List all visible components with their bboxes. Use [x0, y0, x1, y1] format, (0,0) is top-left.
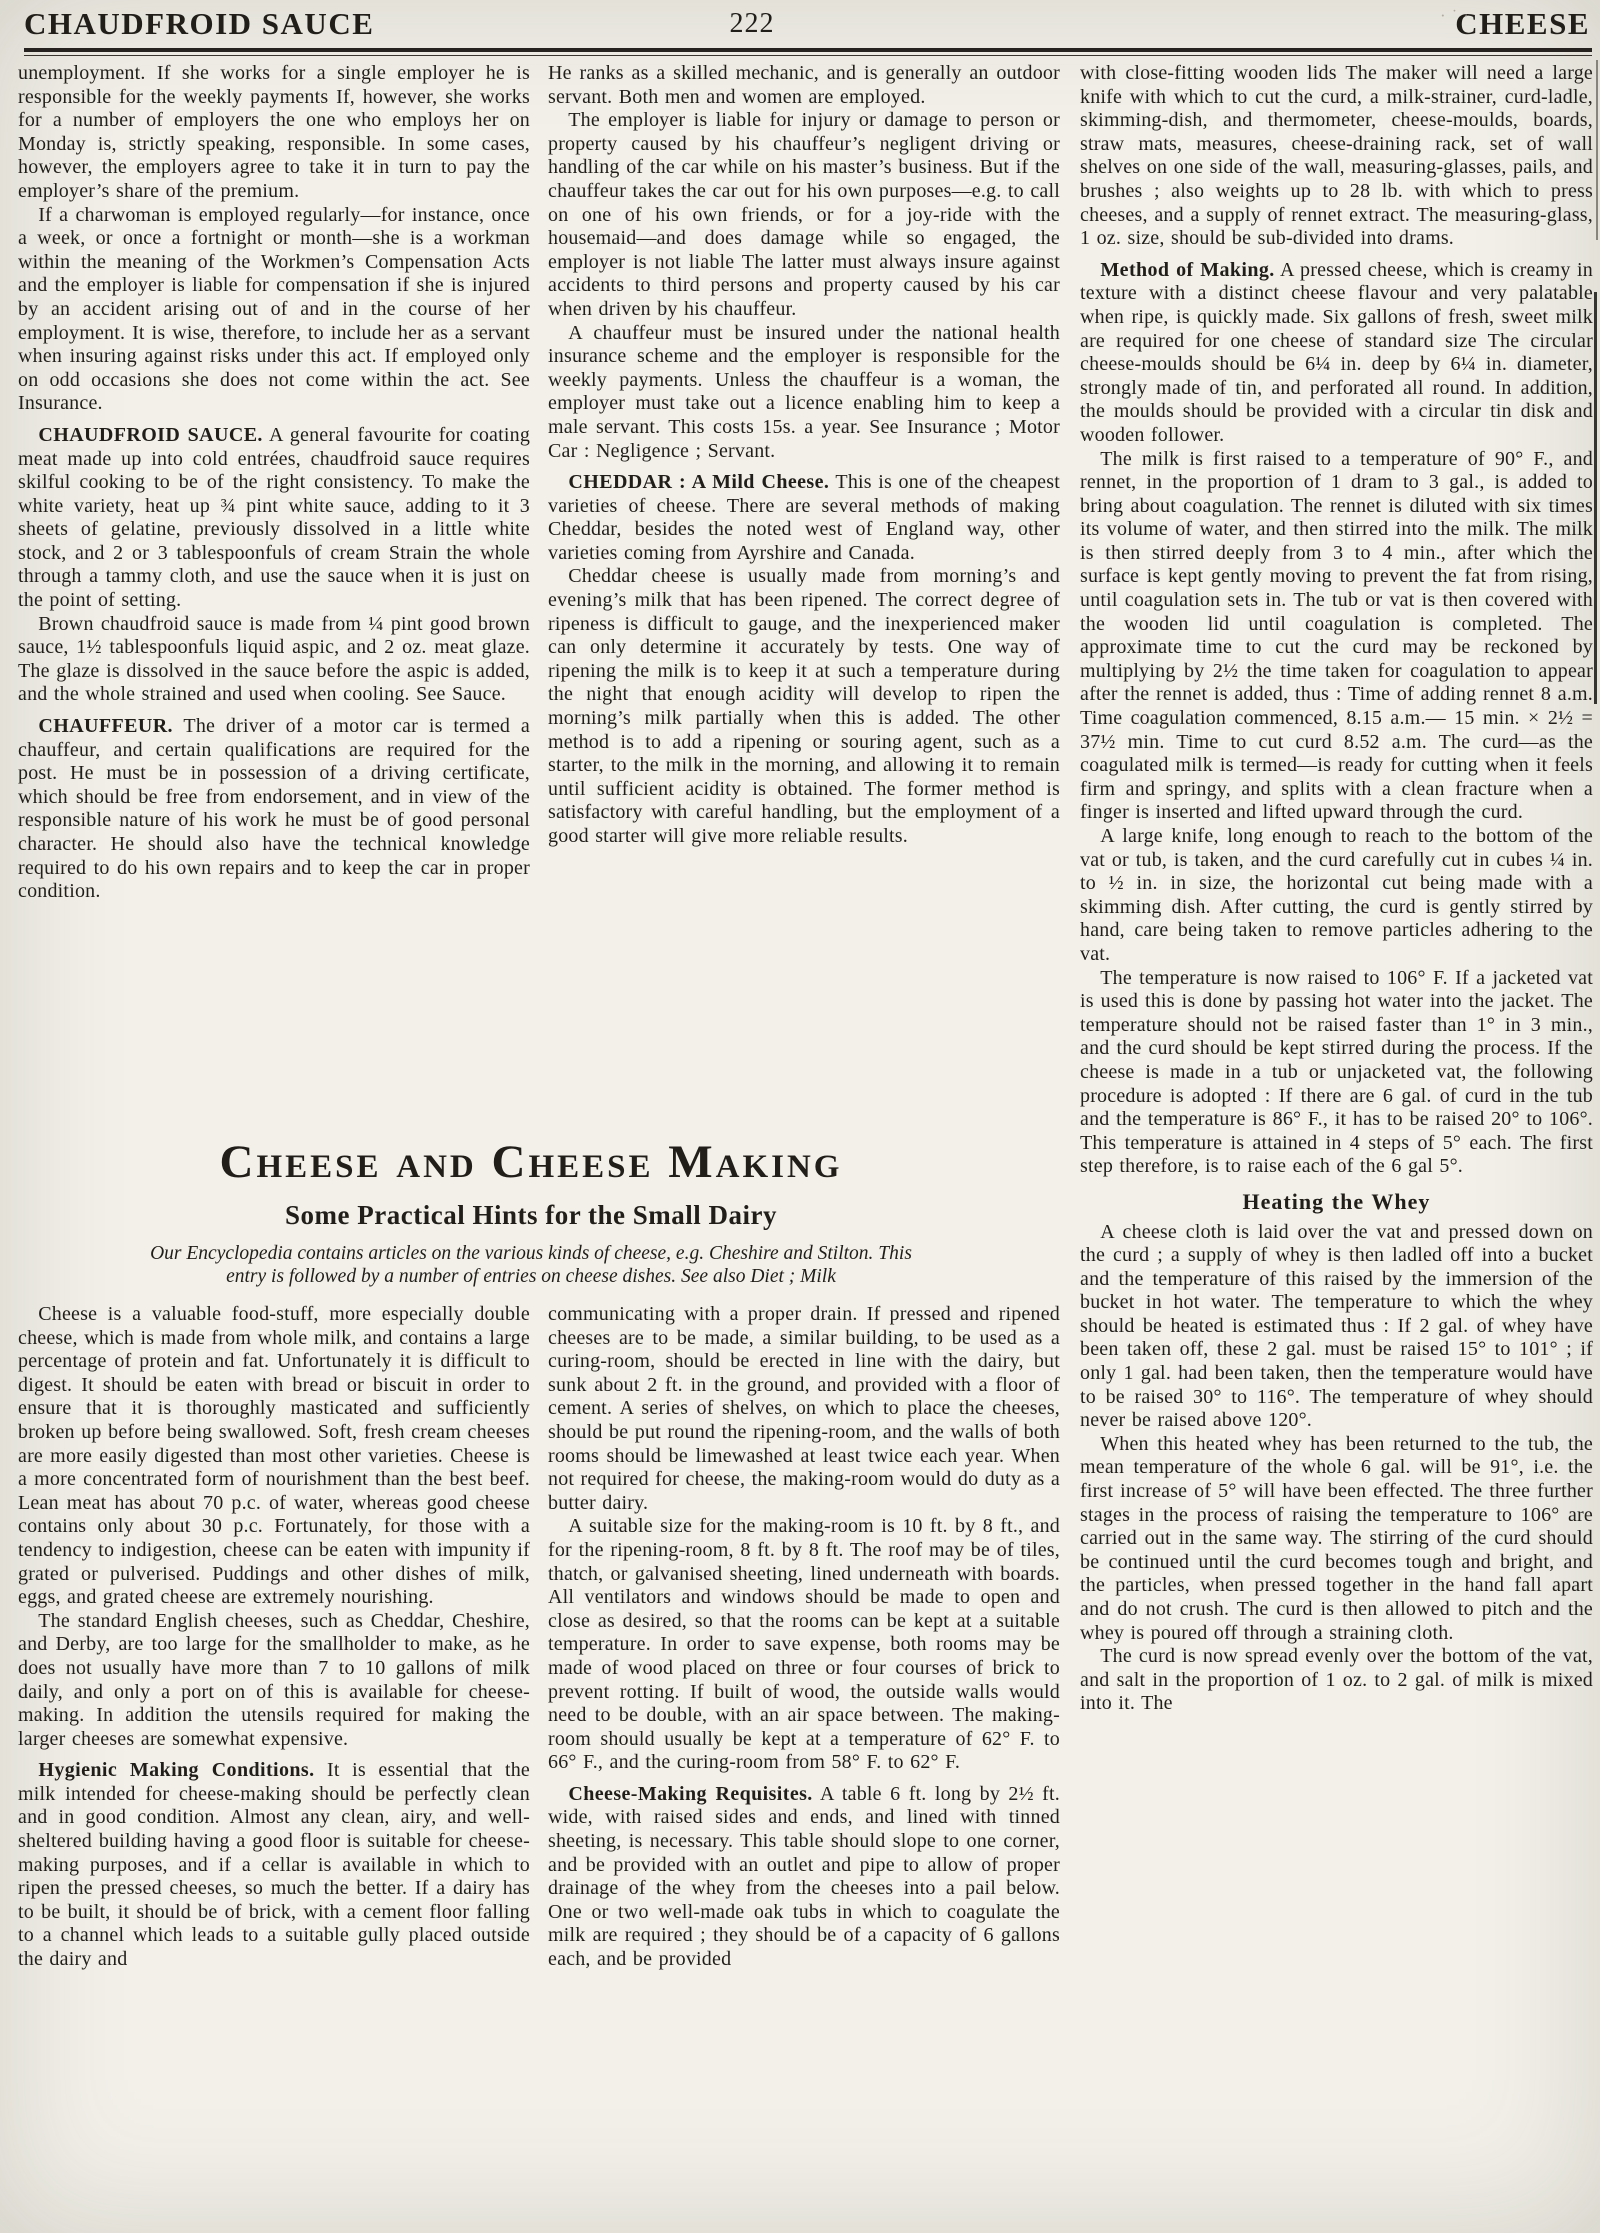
paragraph: When this heated whey has been returned …	[1080, 1433, 1593, 1645]
paragraph: with close-fitting wooden lids The maker…	[1080, 62, 1593, 251]
paragraph-text: The driver of a motor car is termed a ch…	[18, 715, 530, 902]
paragraph-text: He ranks as a skilled mechanic, and is g…	[548, 62, 1060, 108]
paragraph: If a charwoman is employed regularly—for…	[18, 204, 530, 416]
entry-heading: Method of Making.	[1080, 259, 1275, 281]
page-header: CHAUDFROID SAUCE 222 CHEESE	[24, 4, 1590, 46]
heating-the-whey-heading: Heating the Whey	[1080, 1190, 1593, 1214]
paragraph-text: The milk is first raised to a temperatur…	[1080, 448, 1593, 824]
column-3-upper: with close-fitting wooden lids The maker…	[1080, 62, 1593, 1179]
paragraph-text: The curd is now spread evenly over the b…	[1080, 1645, 1593, 1714]
column-1-bottom: Cheese is a valuable food-stuff, more es…	[18, 1303, 530, 2228]
paragraph-text: The standard English cheeses, such as Ch…	[18, 1610, 530, 1750]
paragraph-text: Brown chaudfroid sauce is made from ¼ pi…	[18, 613, 530, 706]
paragraph: CHAUDFROID SAUCE. A general favourite fo…	[18, 424, 530, 613]
paragraph-text: When this heated whey has been returned …	[1080, 1433, 1593, 1644]
paragraph: He ranks as a skilled mechanic, and is g…	[548, 62, 1060, 109]
paragraph: A chauffeur must be insured under the na…	[548, 322, 1060, 464]
paragraph-text: The employer is liable for injury or dam…	[548, 109, 1060, 320]
scan-edge-line	[1594, 292, 1597, 704]
paragraph-text: It is essential that the milk intended f…	[18, 1759, 530, 1970]
column-3-lower: A cheese cloth is laid over the vat and …	[1080, 1221, 1593, 1716]
paragraph-text: A cheese cloth is laid over the vat and …	[1080, 1221, 1593, 1432]
column-2-bottom: communicating with a proper drain. If pr…	[548, 1303, 1060, 2228]
paragraph: A large knife, long enough to reach to t…	[1080, 825, 1593, 967]
paragraph-text: A large knife, long enough to reach to t…	[1080, 825, 1593, 965]
paragraph: The milk is first raised to a temperatur…	[1080, 448, 1593, 826]
page-number: 222	[24, 8, 1480, 40]
paragraph-text: with close-fitting wooden lids The maker…	[1080, 62, 1593, 249]
paragraph-text: unemployment. If she works for a single …	[18, 62, 530, 202]
paragraph-text: The temperature is now raised to 106° F.…	[1080, 967, 1593, 1178]
section-subtitle: Some Practical Hints for the Small Dairy	[0, 1200, 1062, 1231]
paragraph: The temperature is now raised to 106° F.…	[1080, 967, 1593, 1179]
entry-heading: CHEDDAR : A Mild Cheese.	[548, 471, 829, 493]
scan-edge-shadow	[1596, 60, 1598, 240]
paragraph: Cheese-Making Requisites. A table 6 ft. …	[548, 1783, 1060, 1972]
paragraph: Brown chaudfroid sauce is made from ¼ pi…	[18, 613, 530, 707]
paragraph-text: A table 6 ft. long by 2½ ft. wide, with …	[548, 1783, 1060, 1970]
column-3: with close-fitting wooden lids The maker…	[1080, 62, 1593, 2207]
section-note: Our Encyclopedia contains articles on th…	[31, 1242, 1031, 1288]
entry-heading: CHAUFFEUR.	[18, 715, 173, 737]
paragraph: A suitable size for the making-room is 1…	[548, 1515, 1060, 1775]
paragraph-text: Cheese is a valuable food-stuff, more es…	[18, 1303, 530, 1608]
running-head-right: CHEESE	[1455, 6, 1590, 42]
entry-heading: Hygienic Making Conditions.	[18, 1759, 314, 1781]
section-title: Cheese and Cheese Making	[0, 1138, 1062, 1187]
paragraph-text: Cheddar cheese is usually made from morn…	[548, 565, 1060, 847]
paragraph: The employer is liable for injury or dam…	[548, 109, 1060, 321]
column-1-top: unemployment. If she works for a single …	[18, 62, 530, 1140]
section-heading-block: Cheese and Cheese Making Some Practical …	[0, 1138, 1062, 1288]
scan-smudge: ·˙·	[1440, 6, 1475, 26]
paragraph: Method of Making. A pressed cheese, whic…	[1080, 259, 1593, 448]
paragraph-text: A general favourite for coating meat mad…	[18, 424, 530, 611]
paragraph-text: communicating with a proper drain. If pr…	[548, 1303, 1060, 1514]
paragraph: Cheese is a valuable food-stuff, more es…	[18, 1303, 530, 1610]
header-rule	[24, 48, 1592, 56]
paragraph: CHEDDAR : A Mild Cheese. This is one of …	[548, 471, 1060, 565]
paragraph: Hygienic Making Conditions. It is essent…	[18, 1759, 530, 1971]
paragraph-text: If a charwoman is employed regularly—for…	[18, 204, 530, 415]
paragraph: CHAUFFEUR. The driver of a motor car is …	[18, 715, 530, 904]
column-2-top: He ranks as a skilled mechanic, and is g…	[548, 62, 1060, 1140]
paragraph: unemployment. If she works for a single …	[18, 62, 530, 204]
paragraph-text: A pressed cheese, which is creamy in tex…	[1080, 259, 1593, 446]
paragraph: The curd is now spread evenly over the b…	[1080, 1645, 1593, 1716]
entry-heading: CHAUDFROID SAUCE.	[18, 424, 263, 446]
paragraph: A cheese cloth is laid over the vat and …	[1080, 1221, 1593, 1433]
paragraph: The standard English cheeses, such as Ch…	[18, 1610, 530, 1752]
entry-heading: Cheese-Making Requisites.	[548, 1783, 813, 1805]
paragraph: communicating with a proper drain. If pr…	[548, 1303, 1060, 1515]
encyclopedia-page: CHAUDFROID SAUCE 222 CHEESE ·˙· unemploy…	[0, 0, 1600, 2233]
paragraph-text: A suitable size for the making-room is 1…	[548, 1515, 1060, 1773]
paragraph-text: A chauffeur must be insured under the na…	[548, 322, 1060, 462]
paragraph: Cheddar cheese is usually made from morn…	[548, 565, 1060, 848]
